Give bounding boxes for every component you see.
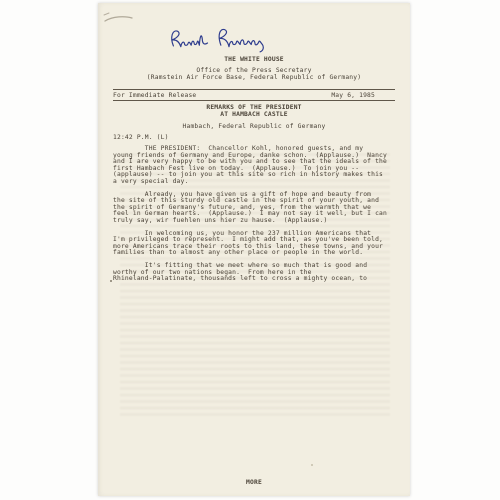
press-release-page: THE WHITE HOUSE Office of the Press Secr… [98, 3, 410, 496]
paragraph-2: Already, you have given us a gift of hop… [113, 192, 405, 225]
release-row: For Immediate Release May 6, 1985 [113, 89, 395, 101]
release-label: For Immediate Release [113, 92, 196, 99]
letterhead-title: THE WHITE HOUSE [98, 56, 410, 63]
scan-speck [110, 280, 112, 282]
letterhead-office: Office of the Press Secretary [98, 67, 410, 74]
doc-title-line2: AT HAMBACH CASTLE [98, 111, 410, 118]
page-continuation-marker: MORE [98, 479, 410, 486]
speech-body: THE PRESIDENT: Chancellor Kohl, honored … [113, 146, 405, 289]
scan-speck [311, 464, 313, 466]
doc-location: Hambach, Federal Republic of Germany [98, 123, 410, 130]
paragraph-3: In welcoming us, you honor the 237 milli… [113, 231, 405, 257]
paragraph-4: It's fitting that we meet where so much … [113, 263, 405, 283]
doc-title-line1: REMARKS OF THE PRESIDENT [98, 104, 410, 111]
timestamp: 12:42 P.M. (L) [113, 134, 169, 141]
pencil-mark [101, 8, 135, 24]
letterhead-location: (Ramstein Air Force Base, Federal Republ… [98, 74, 410, 81]
release-date: May 6, 1985 [331, 92, 395, 99]
paragraph-1: THE PRESIDENT: Chancellor Kohl, honored … [113, 146, 405, 185]
signature [166, 25, 292, 55]
